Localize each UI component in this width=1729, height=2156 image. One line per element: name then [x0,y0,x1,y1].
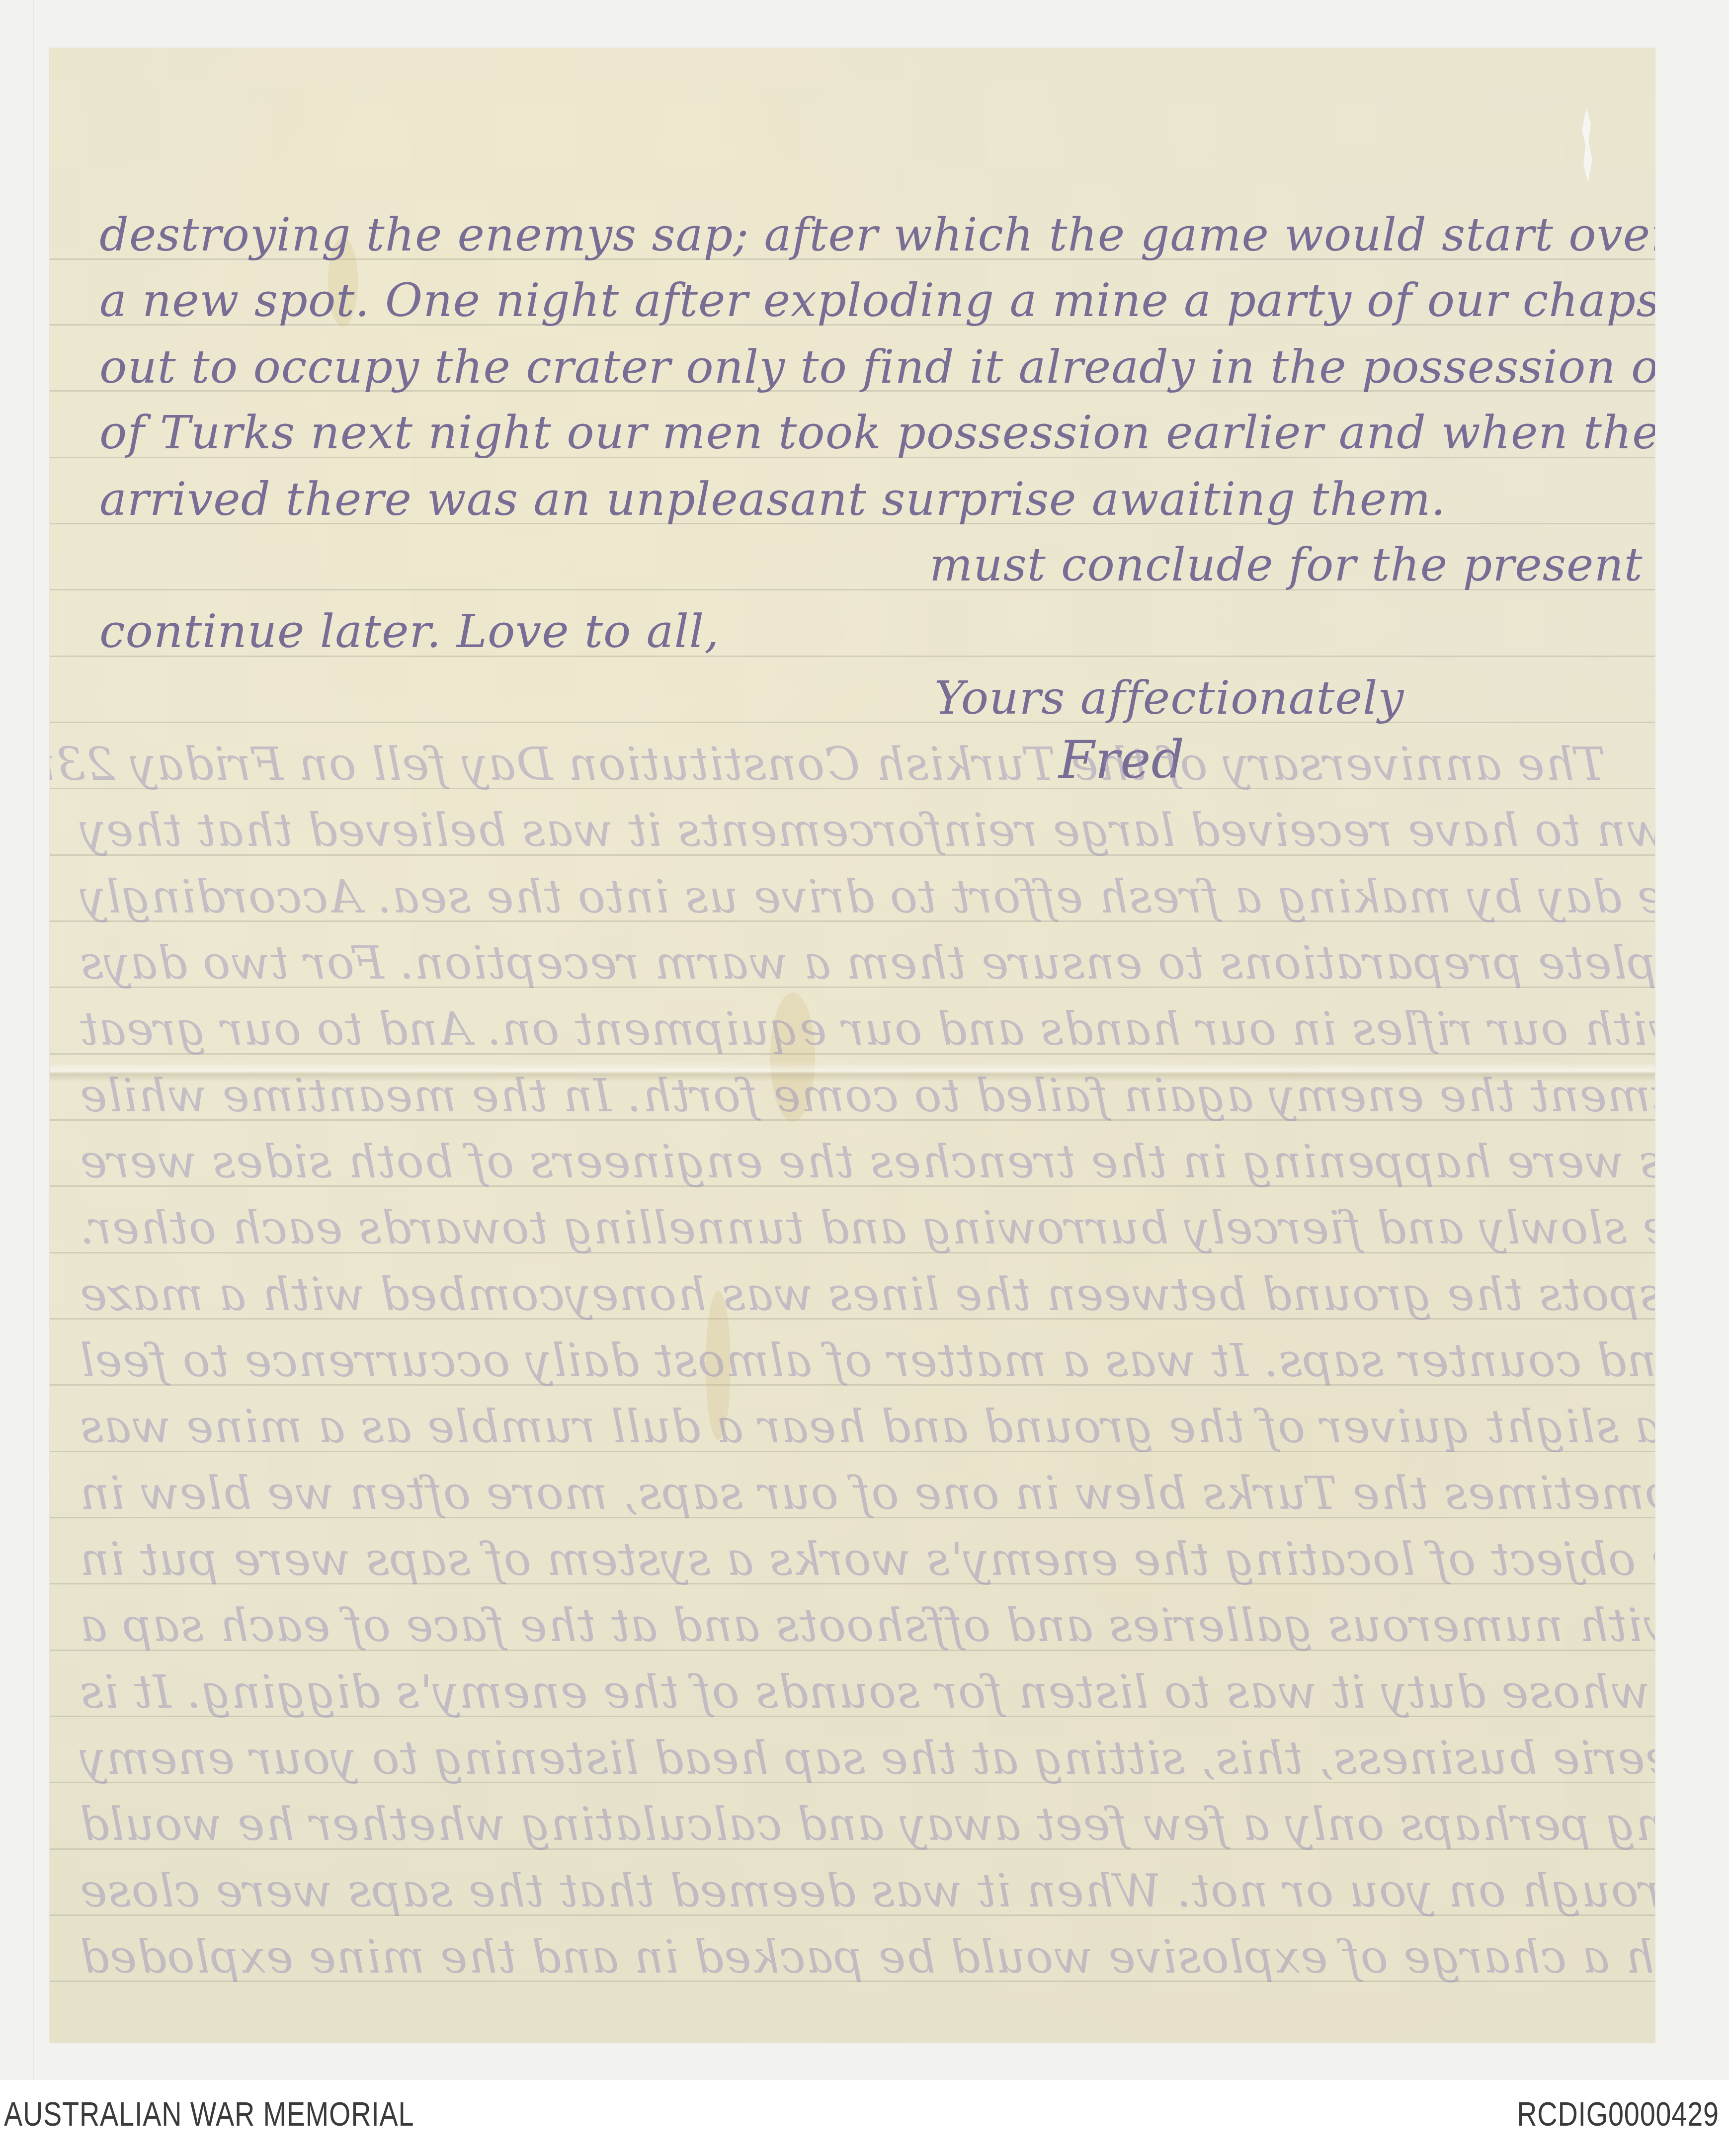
bleed-through-line: of saps and counter saps. It was a matte… [80,1338,1655,1384]
letter-line: arrived there was an unpleasant surprise… [99,477,1446,522]
bleed-through-line: with numerous galleries and offshoots an… [80,1603,1655,1649]
letter-line: destroying the enemys sap; after which t… [99,212,1655,258]
institution-label: AUSTRALIAN WAR MEMORIAL [4,2095,414,2134]
letter-line: must conclude for the present will [929,542,1655,588]
catalogue-id: RCDIG0000429 [1517,2095,1719,2134]
bleed-through-line: The favourable spots the ground between … [80,1272,1655,1318]
letter-line: a new spot. One night after exploding a … [99,278,1655,324]
ruled-line [50,722,1655,723]
bleed-through-line: digging perhaps only a few feet away and… [80,1802,1655,1847]
letter-line: of Turks next night our men took possess… [99,410,1655,456]
letter-line: out to occupy the crater only to find it… [99,344,1655,390]
bleed-through-line: were slowly and fiercely burrowing and t… [80,1205,1655,1251]
scanner-edge [33,0,34,2080]
bleed-through-line: disappointment the enemy again failed to… [80,1073,1655,1119]
paper-tear [1580,108,1595,182]
bleed-through-line: listener whose duty it was to listen for… [80,1669,1655,1715]
bleed-through-line: exploded. Sometimes the Turks blew in on… [80,1471,1655,1516]
bleed-through-line: the Turks. With the object of locating t… [80,1537,1655,1582]
bleed-through-line: break through on you or not. When it was… [80,1868,1655,1914]
archive-footer: AUSTRALIAN WAR MEMORIAL RCDIG0000429 [0,2080,1729,2156]
bleed-through-line: intended to celebrate the day by making … [80,874,1655,920]
bleed-through-line: all these things were happening in the t… [80,1139,1655,1185]
bleed-through-line: enough a charge of explosive would be pa… [80,1934,1655,1980]
bleed-through-line: as the Turks were known to have received… [80,808,1655,853]
bleed-through-line: rather an eerie business, this, sitting … [80,1736,1655,1781]
bleed-through-line: we lived with our rifles in our hands an… [80,1006,1655,1052]
bleed-through-line: a slight quiver of the ground and hear a… [80,1404,1655,1450]
bleed-through-line: The anniversary of the Turkish Constitut… [50,742,1605,787]
closing: Yours affectionately [934,675,1404,721]
bleed-through-line: we made very complete preparations to en… [80,940,1655,986]
letter-line: continue later. Love to all, [99,609,720,655]
letter-page: destroying the enemys sap; after which t… [50,48,1655,2043]
